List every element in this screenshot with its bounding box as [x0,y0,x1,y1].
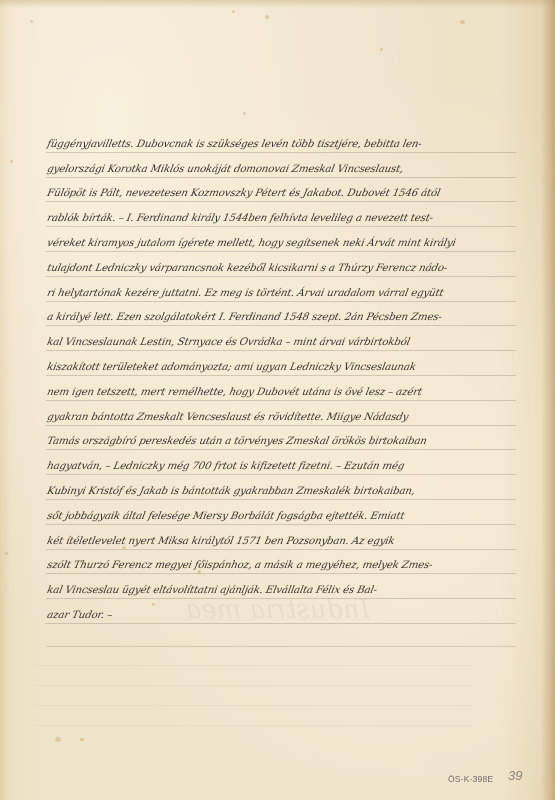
text-line: két ítéletlevelet nyert Miksa királytól … [46,525,516,550]
handwritten-text-block: függ­ényjavilletts. Dubovcnak is szükség… [46,128,516,647]
text-line: nem igen tetszett, mert remélhette, hogy… [46,376,516,401]
foxing-spot [232,10,235,13]
text-line: hagyatván, – Ledniczky még 700 frtot is … [46,450,516,475]
text-line: a királyé lett. Ezen szolgálatokért I. F… [46,302,516,327]
foxing-spot [10,160,13,163]
foxing-spot [5,552,8,555]
text-line: gyakran bántotta Zmeskalt Vencseslaust é… [46,401,516,426]
text-line: tulajdont Ledniczky várparancsnok kezébő… [46,252,516,277]
text-line: függ­ényjavilletts. Dubovcnak is szükség… [46,128,516,153]
page-right-edge-shadow [541,0,555,800]
page-number: 39 [508,768,522,783]
text-line: Fülöpöt is Pált, nevezetesen Kozmovszky … [46,178,516,203]
empty-ruled-line [46,624,516,647]
foxing-spot [265,15,269,19]
text-line: kiszakított területeket adományozta; ami… [46,351,516,376]
text-line: véreket kiramyos jutalom ígérete mellett… [46,227,516,252]
text-line: szólt Thurzó Ferencz megyei főispánhoz, … [46,550,516,575]
foxing-spot [243,112,246,115]
text-line: azar Tudor. – [46,599,516,624]
catalog-mark: ÖS-K-398E [448,774,493,784]
manuscript-page: Industria mea függ­ényjavilletts. Dubovc… [0,0,555,800]
foxing-spot [30,20,33,23]
text-line: Tamás országbíró pereskedés után a törvé… [46,426,516,451]
foxing-spot [460,20,465,24]
text-line: kal Vincseslau ügyét eltávolíttatni aján… [46,574,516,599]
text-line: ri helytartónak kezére juttatni. Ez meg … [46,277,516,302]
text-line: sőt jobbágyaik által felesége Miersy Bor… [46,500,516,525]
reverse-side-bleed-lines [35,665,475,745]
foxing-spot [380,48,383,51]
text-line: Kubinyi Kristóf és Jakab is bántották gy… [46,475,516,500]
text-line: rablók bírták. – I. Ferdinand király 154… [46,202,516,227]
text-line: gyelországi Korotka Miklós unokáját domo… [46,153,516,178]
text-line: kal Vincseslaunak Lestin, Strnyace és Ov… [46,326,516,351]
page-top-edge-shadow [0,0,555,8]
